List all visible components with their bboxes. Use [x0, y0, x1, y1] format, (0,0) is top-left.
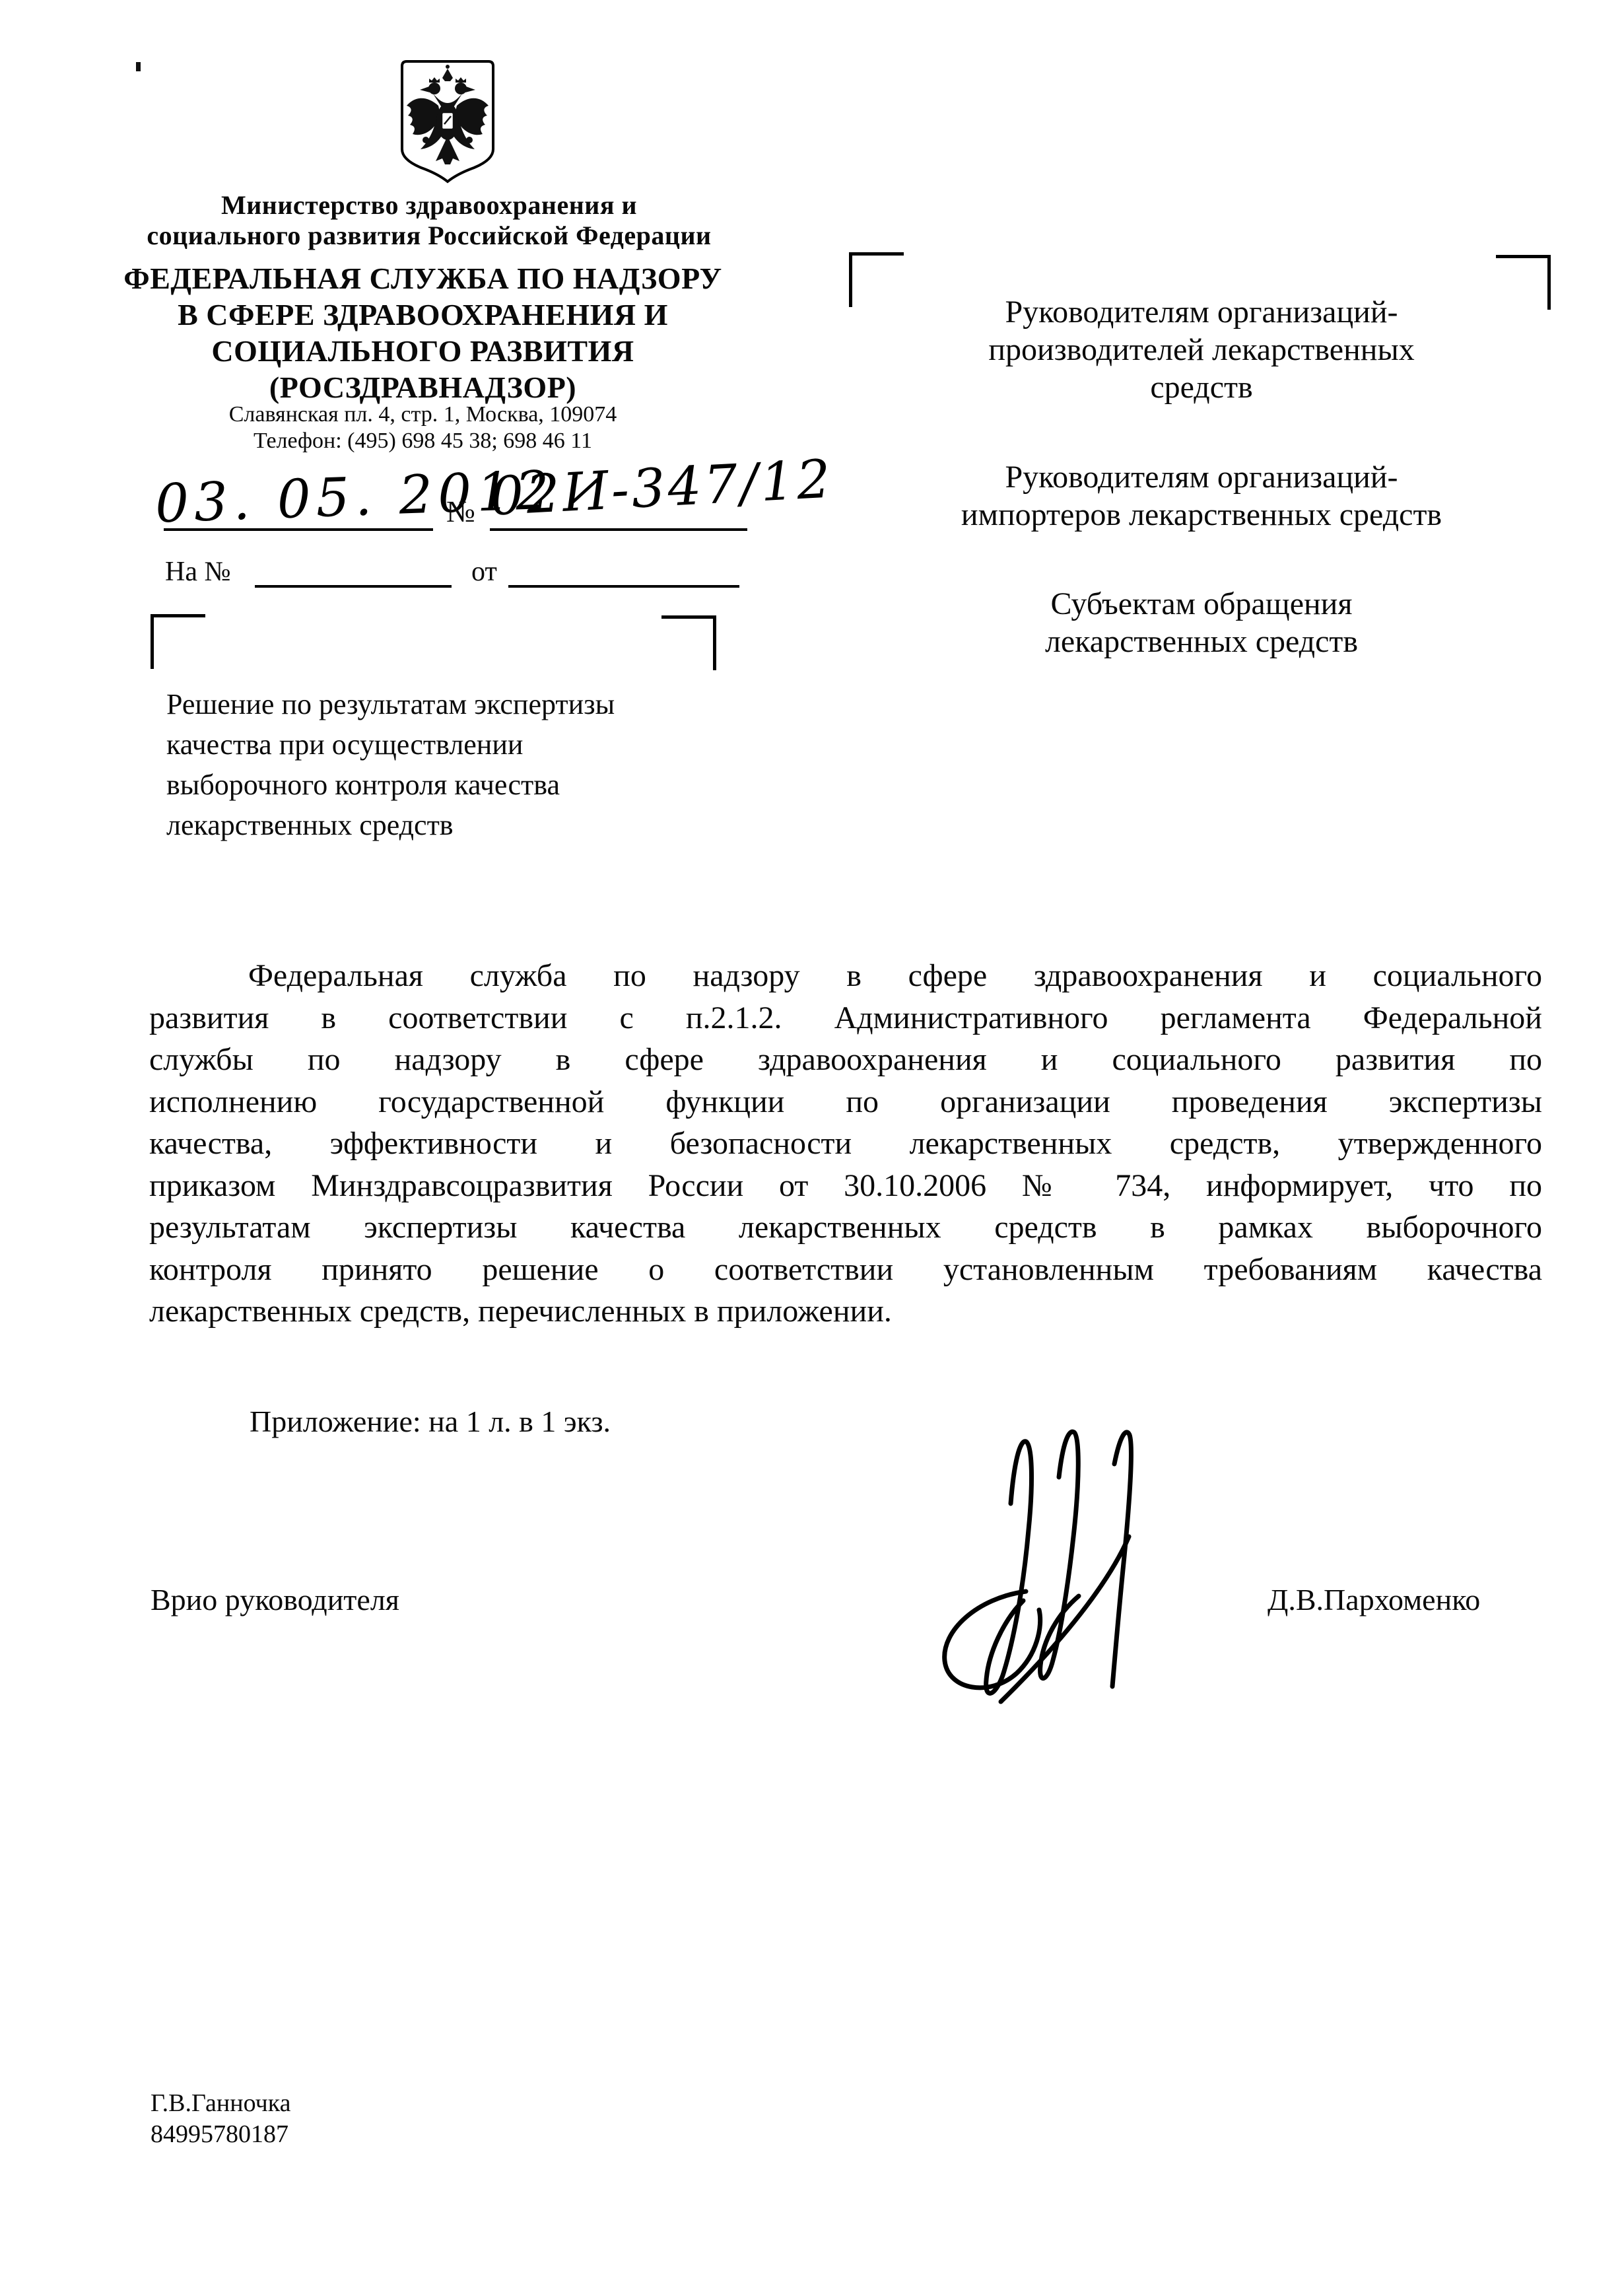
subject-block: Решение по результатам экспертизы качест… [166, 684, 734, 845]
russia-coat-of-arms-icon [395, 58, 500, 185]
body-paragraph: Федеральная служба по надзору в сфере зд… [149, 955, 1542, 1333]
executor-phone: 84995780187 [151, 2119, 290, 2150]
addressee-line: Субъектам обращения [885, 585, 1518, 623]
service-name: ФЕДЕРАЛЬНАЯ СЛУЖБА ПО НАДЗОРУ В СФЕРЕ ЗД… [78, 260, 768, 405]
addressee-importers: Руководителям организаций- импортеров ле… [885, 458, 1518, 534]
ministry-line: Министерство здравоохранения и [89, 190, 769, 221]
number-underline [490, 528, 747, 531]
addressee-line: лекарственных средств [885, 623, 1518, 660]
addressee-circulation-subjects: Субъектам обращения лекарственных средст… [885, 585, 1518, 660]
addressee-line: Руководителям организаций- [885, 293, 1518, 331]
corner-mark-subject-left [151, 614, 205, 669]
ministry-name: Министерство здравоохранения и социально… [89, 190, 769, 251]
executor-block: Г.В.Ганночка 84995780187 [151, 2088, 290, 2150]
body-line: приказом Минздравсоцразвития России от 3… [149, 1165, 1542, 1207]
corner-mark-subject-right [661, 615, 716, 670]
contact-address: Славянская пл. 4, стр. 1, Москва, 109074 [78, 401, 768, 428]
addressee-manufacturers: Руководителям организаций- производителе… [885, 293, 1518, 406]
signer-name: Д.В.Пархоменко [1268, 1582, 1480, 1617]
addressee-line: Руководителям организаций- [885, 458, 1518, 496]
service-line: В СФЕРЕ ЗДРАВООХРАНЕНИЯ И [78, 296, 768, 333]
number-sign: № [446, 494, 475, 529]
service-line: ФЕДЕРАЛЬНАЯ СЛУЖБА ПО НАДЗОРУ [78, 260, 768, 296]
body-line: службы по надзору в сфере здравоохранени… [149, 1039, 1542, 1081]
subject-line: лекарственных средств [166, 805, 734, 845]
reply-date-underline [508, 585, 739, 588]
subject-line: качества при осуществлении [166, 724, 734, 765]
signer-title: Врио руководителя [151, 1582, 399, 1617]
subject-line: Решение по результатам экспертизы [166, 684, 734, 724]
addressee-line: средств [885, 368, 1518, 406]
attachment-note: Приложение: на 1 л. в 1 экз. [250, 1404, 611, 1439]
body-line: развития в соответствии с п.2.1.2. Админ… [149, 997, 1542, 1039]
body-line: исполнению государственной функции по ор… [149, 1081, 1542, 1123]
body-line: Федеральная служба по надзору в сфере зд… [149, 955, 1542, 997]
body-line: лекарственных средств, перечисленных в п… [149, 1290, 1542, 1333]
reply-number-label: На № [165, 556, 231, 588]
executor-name: Г.В.Ганночка [151, 2088, 290, 2119]
subject-line: выборочного контроля качества [166, 765, 734, 805]
reply-number-underline [255, 585, 452, 588]
date-underline [164, 528, 433, 531]
addressee-line: производителей лекарственных [885, 331, 1518, 368]
handwritten-signature-scribble-icon [903, 1421, 1180, 1718]
reply-from-label: от [471, 556, 497, 588]
contact-block: Славянская пл. 4, стр. 1, Москва, 109074… [78, 401, 768, 454]
contact-phone: Телефон: (495) 698 45 38; 698 46 11 [78, 428, 768, 454]
body-line: результатам экспертизы качества лекарств… [149, 1206, 1542, 1249]
ministry-line: социального развития Российской Федераци… [89, 221, 769, 251]
document-page: Министерство здравоохранения и социально… [0, 0, 1624, 2294]
scan-speck [136, 62, 141, 71]
body-line: качества, эффективности и безопасности л… [149, 1123, 1542, 1165]
body-line: контроля принято решение о соответствии … [149, 1249, 1542, 1291]
addressee-line: импортеров лекарственных средств [885, 496, 1518, 534]
service-line: (РОСЗДРАВНАДЗОР) [78, 369, 768, 405]
service-line: СОЦИАЛЬНОГО РАЗВИТИЯ [78, 333, 768, 369]
